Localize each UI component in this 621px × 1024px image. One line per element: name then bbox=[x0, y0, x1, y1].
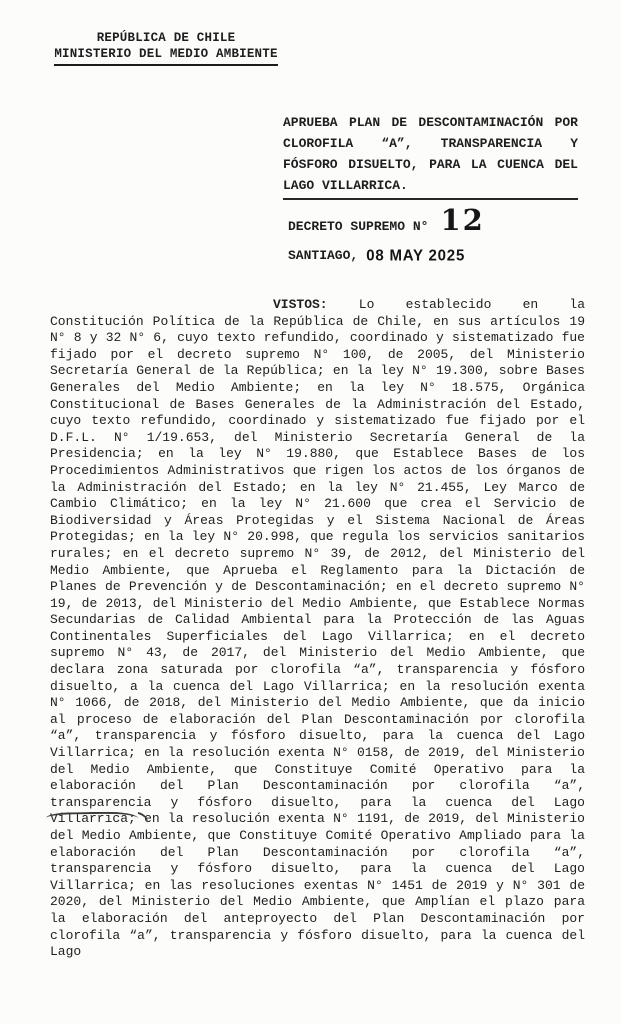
subject-line-4: LAGO VILLARRICA. bbox=[283, 175, 578, 196]
decree-number-stamp: 12 bbox=[440, 206, 484, 235]
decree-subject: APRUEBA PLAN DE DESCONTAMINACIÓN POR CLO… bbox=[283, 112, 578, 200]
vistos-text-2: en la resolución exenta N° 1191, de 2019… bbox=[50, 811, 585, 959]
ministry-title: MINISTERIO DEL MEDIO AMBIENTE bbox=[54, 47, 277, 67]
subject-line-1: APRUEBA PLAN DE DESCONTAMINACIÓN POR bbox=[283, 112, 578, 133]
date-stamp: 08 MAY 2025 bbox=[366, 246, 465, 264]
ministry-title-row: MINISTERIO DEL MEDIO AMBIENTE bbox=[50, 47, 282, 67]
decree-document-page: REPÚBLICA DE CHILE MINISTERIO DEL MEDIO … bbox=[0, 0, 621, 1024]
subject-underline-rule bbox=[283, 198, 578, 200]
subject-line-3: FÓSFORO DISUELTO, PARA LA CUENCA DEL bbox=[283, 154, 578, 175]
place-date-line: SANTIAGO, 08 MAY 2025 bbox=[288, 247, 465, 264]
letterhead: REPÚBLICA DE CHILE MINISTERIO DEL MEDIO … bbox=[50, 31, 282, 66]
city-label: SANTIAGO, bbox=[288, 248, 358, 263]
decree-label: DECRETO SUPREMO N° bbox=[288, 219, 428, 234]
republic-title: REPÚBLICA DE CHILE bbox=[50, 31, 282, 47]
subject-line-2: CLOROFILA “A”, TRANSPARENCIA Y bbox=[283, 133, 578, 154]
vistos-paragraph: VISTOS: Lo establecido en la Constitució… bbox=[50, 297, 585, 961]
vistos-text-1: Lo establecido en la Constitución Políti… bbox=[50, 297, 585, 810]
pen-corrected-word: Villarrica; bbox=[50, 811, 136, 826]
decree-number-line: DECRETO SUPREMO N° 12 bbox=[288, 206, 485, 235]
vistos-label: VISTOS: bbox=[273, 297, 328, 312]
